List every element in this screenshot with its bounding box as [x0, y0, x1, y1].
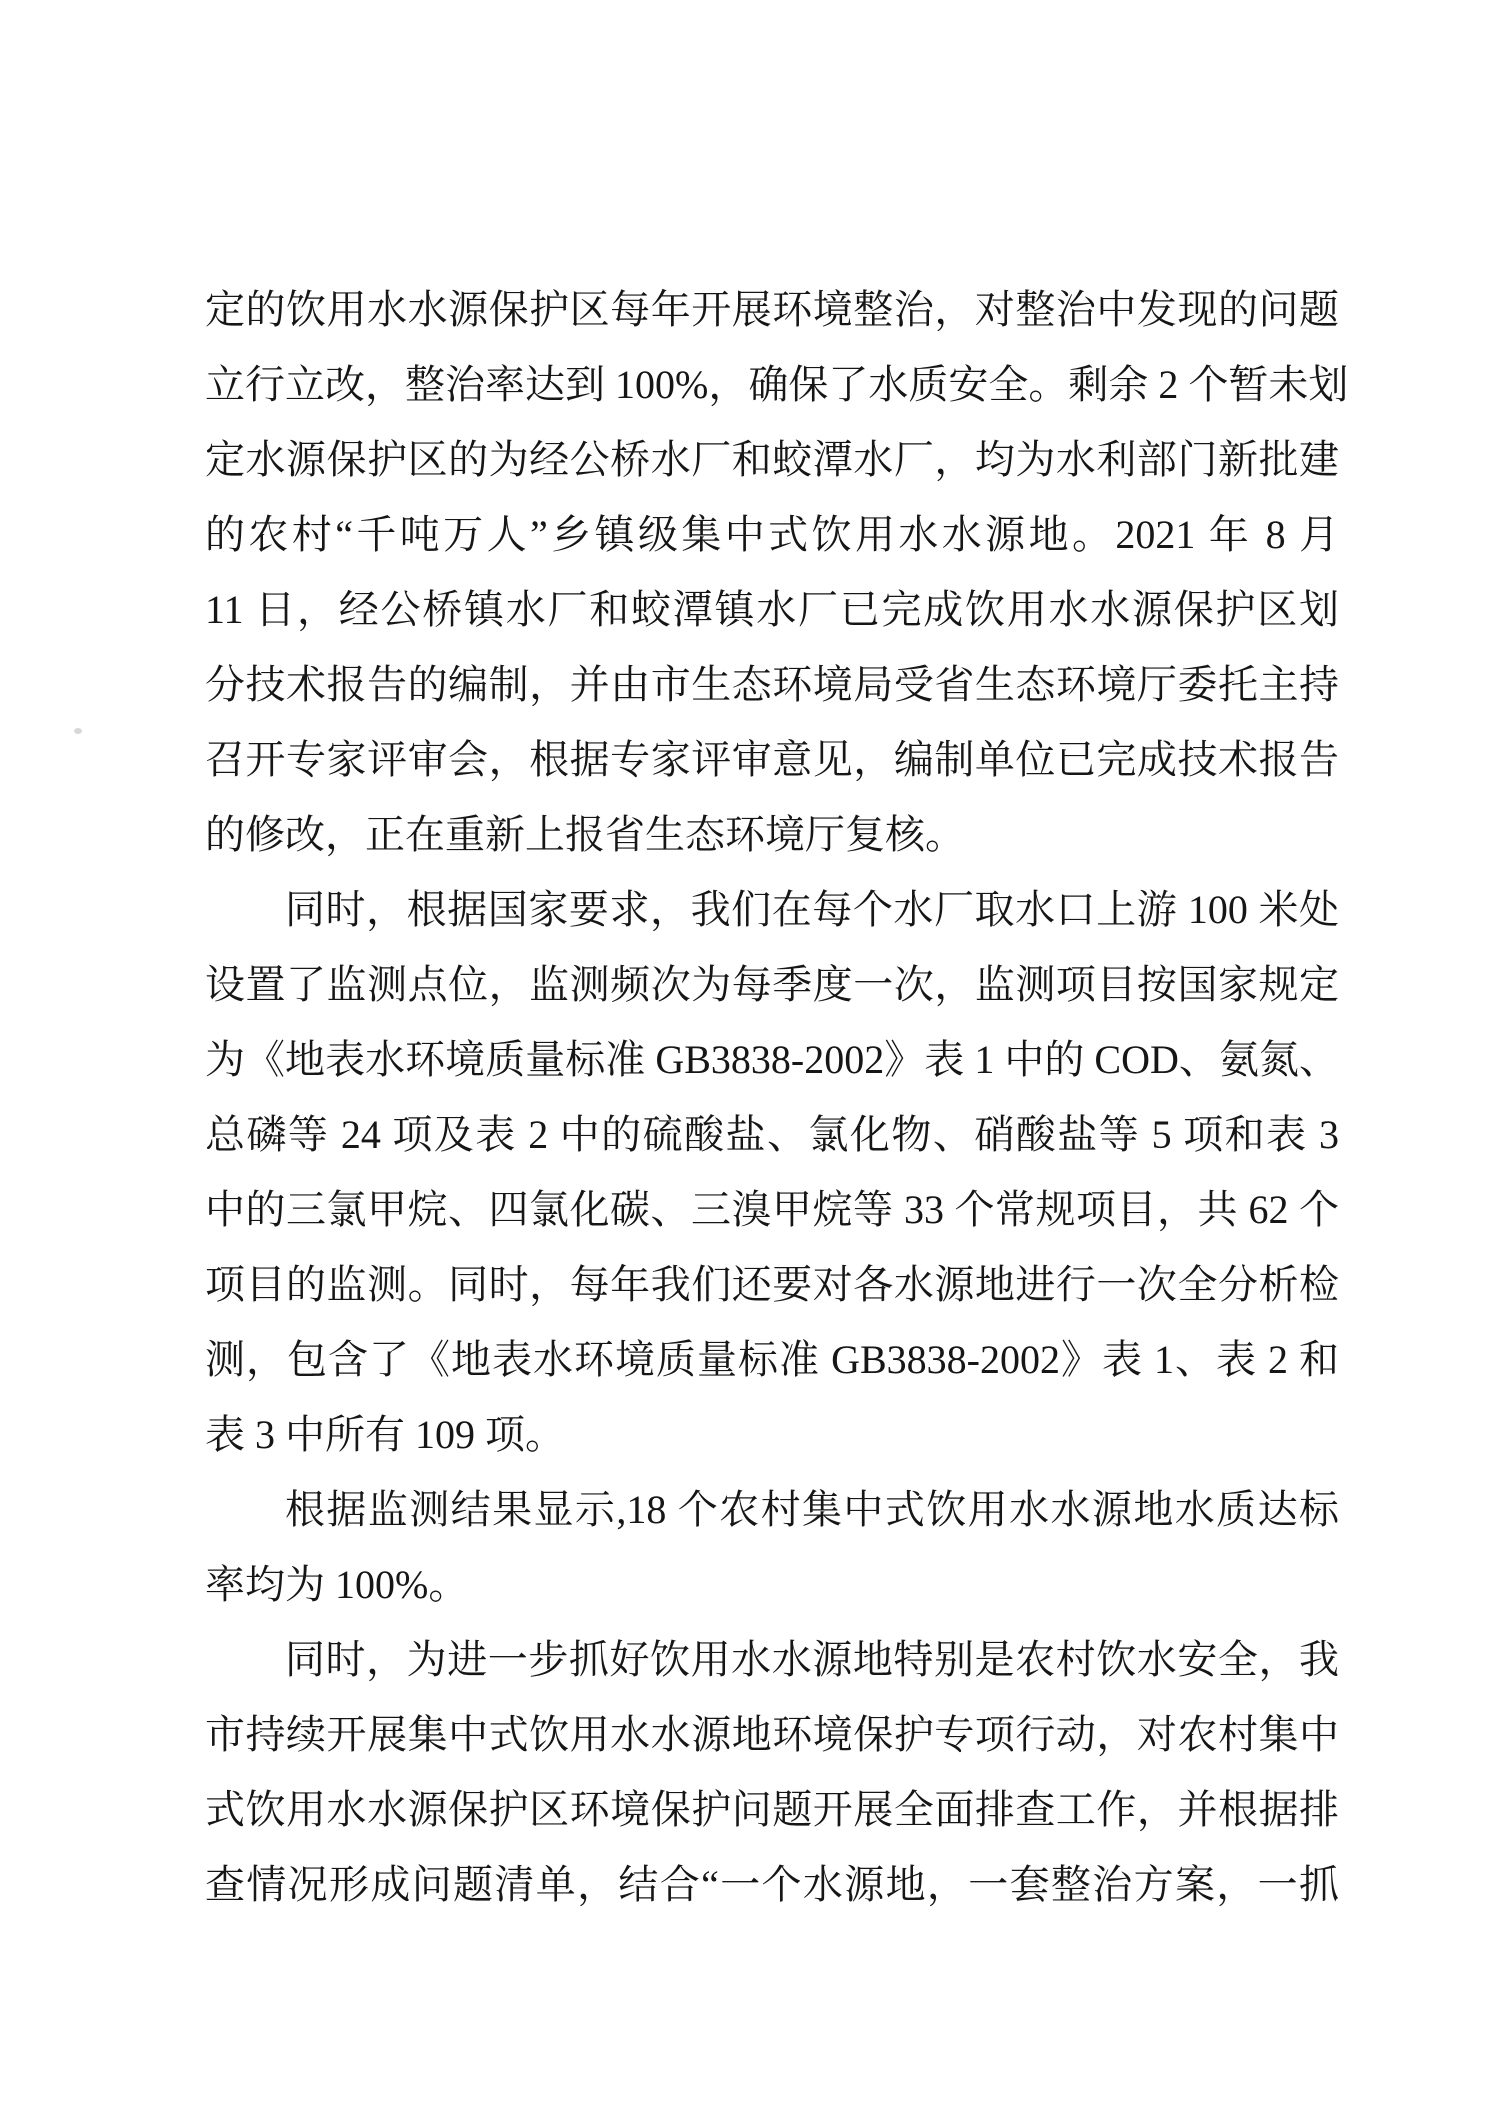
text-line-16: 表 3 中所有 109 项。: [205, 1397, 1339, 1472]
text-line-09: 同时，根据国家要求，我们在每个水厂取水口上游 100 米处: [205, 872, 1339, 947]
text-line-06: 分技术报告的编制，并由市生态环境局受省生态环境厅委托主持: [205, 647, 1339, 722]
text-line-05: 11 日，经公桥镇水厂和蛟潭镇水厂已完成饮用水水源保护区划: [205, 572, 1339, 647]
document-page: 定的饮用水水源保护区每年开展环境整治，对整治中发现的问题 立行立改，整治率达到 …: [0, 0, 1487, 2102]
text-line-10: 设置了监测点位，监测频次为每季度一次，监测项目按国家规定: [205, 947, 1339, 1022]
text-line-21: 式饮用水水源保护区环境保护问题开展全面排查工作，并根据排: [205, 1772, 1339, 1847]
text-line-01: 定的饮用水水源保护区每年开展环境整治，对整治中发现的问题: [205, 272, 1339, 347]
text-line-03: 定水源保护区的为经公桥水厂和蛟潭水厂，均为水利部门新批建: [205, 422, 1339, 497]
text-line-02: 立行立改，整治率达到 100%，确保了水质安全。剩余 2 个暂未划: [205, 347, 1339, 422]
text-line-15: 测，包含了《地表水环境质量标准 GB3838-2002》表 1、表 2 和: [205, 1322, 1339, 1397]
text-line-04: 的农村“千吨万人”乡镇级集中式饮用水水源地。2021 年 8 月: [205, 497, 1339, 572]
text-line-18: 率均为 100%。: [205, 1547, 1339, 1622]
scan-speck: [834, 1203, 839, 1207]
text-line-14: 项目的监测。同时，每年我们还要对各水源地进行一次全分析检: [205, 1247, 1339, 1322]
text-line-17: 根据监测结果显示,18 个农村集中式饮用水水源地水质达标: [205, 1472, 1339, 1547]
text-line-22: 查情况形成问题清单，结合“一个水源地，一套整治方案，一抓: [205, 1847, 1339, 1922]
document-body: 定的饮用水水源保护区每年开展环境整治，对整治中发现的问题 立行立改，整治率达到 …: [205, 272, 1339, 1922]
text-line-08: 的修改，正在重新上报省生态环境厅复核。: [205, 797, 1339, 872]
scan-speck: [74, 728, 82, 734]
text-line-20: 市持续开展集中式饮用水水源地环境保护专项行动，对农村集中: [205, 1697, 1339, 1772]
text-line-12: 总磷等 24 项及表 2 中的硫酸盐、氯化物、硝酸盐等 5 项和表 3: [205, 1097, 1339, 1172]
text-line-11: 为《地表水环境质量标准 GB3838-2002》表 1 中的 COD、氨氮、: [205, 1022, 1339, 1097]
text-line-13: 中的三氯甲烷、四氯化碳、三溴甲烷等 33 个常规项目，共 62 个: [205, 1172, 1339, 1247]
text-line-19: 同时，为进一步抓好饮用水水源地特别是农村饮水安全，我: [205, 1622, 1339, 1697]
text-line-07: 召开专家评审会，根据专家评审意见，编制单位已完成技术报告: [205, 722, 1339, 797]
